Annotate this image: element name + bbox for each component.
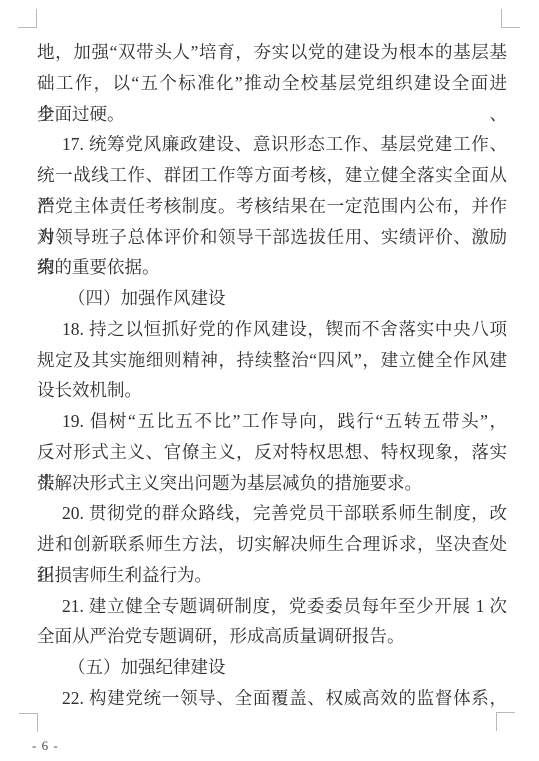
document-page: 地，加强“双带头人”培育，夯实以党的建设为根本的基层基 础工作，以“五个标准化”… — [0, 0, 539, 761]
text-line: 规定及其实施细则精神，持续整治“四风”，建立健全作风建 — [37, 345, 507, 376]
section-heading-4: （四）加强作风建设 — [37, 283, 507, 314]
text-line: 进和创新联系师生方法，切实解决师生合理诉求，坚决查处纠 — [37, 529, 507, 560]
text-line: 正损害师生利益行为。 — [37, 560, 507, 591]
text-line: 束的重要依据。 — [37, 252, 507, 283]
text-line-item-18: 18. 持之以恒抓好党的作风建设，锲而不舍落实中央八项 — [37, 314, 507, 345]
text-line-item-17: 17. 统筹党风廉政建设、意识形态工作、基层党建工作、 — [37, 129, 507, 160]
text-line: 设长效机制。 — [37, 375, 507, 406]
crop-mark-bottom-left-icon — [19, 713, 38, 732]
text-line-item-22: 22. 构建党统一领导、全面覆盖、权威高效的监督体系， — [37, 683, 507, 714]
text-line-item-20: 20. 贯彻党的群众路线，完善党员干部联系师生制度，改 — [37, 498, 507, 529]
page-number: - 6 - — [32, 738, 59, 754]
text-line: 头解决形式主义突出问题为基层减负的措施要求。 — [37, 468, 507, 499]
text-line: 对领导班子总体评价和领导干部选拔任用、实绩评价、激励约 — [37, 222, 507, 253]
section-heading-5: （五）加强纪律建设 — [37, 652, 507, 683]
text-line-item-19: 19. 倡树“五比五不比”工作导向，践行“五转五带头”， — [37, 406, 507, 437]
text-line: 统一战线工作、群团工作等方面考核，建立健全落实全面从严 — [37, 160, 507, 191]
text-line: 础工作，以“五个标准化”推动全校基层党组织建设全面进步、 — [37, 68, 507, 99]
text-line-item-21: 21. 建立健全专题调研制度，党委委员每年至少开展 1 次 — [37, 591, 507, 622]
text-line: 地，加强“双带头人”培育，夯实以党的建设为根本的基层基 — [37, 37, 507, 68]
text-line: 治党主体责任考核制度。考核结果在一定范围内公布，并作为 — [37, 191, 507, 222]
crop-mark-top-right-icon — [501, 9, 520, 28]
crop-mark-top-left-icon — [18, 9, 37, 28]
document-body: 地，加强“双带头人”培育，夯实以党的建设为根本的基层基 础工作，以“五个标准化”… — [37, 37, 507, 714]
crop-mark-bottom-right-icon — [496, 712, 515, 731]
text-line: 反对形式主义、官僚主义，反对特权思想、特权现象，落实带 — [37, 437, 507, 468]
text-line: 全面从严治党专题调研，形成高质量调研报告。 — [37, 621, 507, 652]
